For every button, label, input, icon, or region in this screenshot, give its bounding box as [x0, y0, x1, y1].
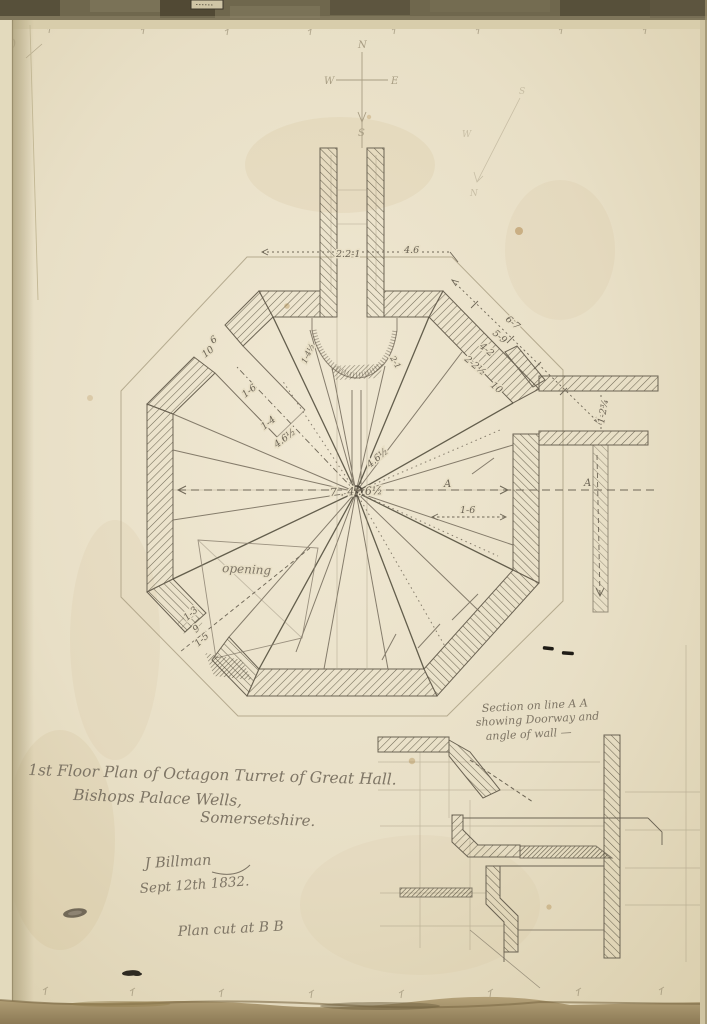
compass-n: N: [357, 40, 368, 51]
compass-s: S: [358, 128, 365, 139]
compass2-s: S: [519, 87, 525, 97]
section-marker-A-right: A: [583, 478, 591, 489]
room-label-opening: opening: [222, 561, 272, 578]
drawing-canvas: N W E S S W N 2.2-1 4.6 6 10 1-6 1-4 4.6…: [0, 0, 707, 1024]
page-right-edge: [700, 0, 707, 1024]
page-left-edge: [0, 20, 38, 1024]
dim-label-centre: 7 . 4 . 6½: [330, 484, 383, 499]
compass2-n: N: [469, 189, 479, 199]
compass2-w: W: [462, 130, 472, 140]
page-top-edge: [0, 0, 707, 29]
spine-label: [191, 0, 223, 9]
dim-label: 1-6: [460, 505, 475, 516]
dim-label: 4.6: [403, 245, 419, 256]
dim-label: 2.2-1: [335, 249, 360, 260]
compass-w: W: [324, 76, 335, 87]
compass-e: E: [390, 76, 399, 87]
sketchbook-page: N W E S S W N 2.2-1 4.6 6 10 1-6 1-4 4.6…: [0, 0, 707, 1024]
section-marker-A-left: A: [443, 479, 451, 490]
